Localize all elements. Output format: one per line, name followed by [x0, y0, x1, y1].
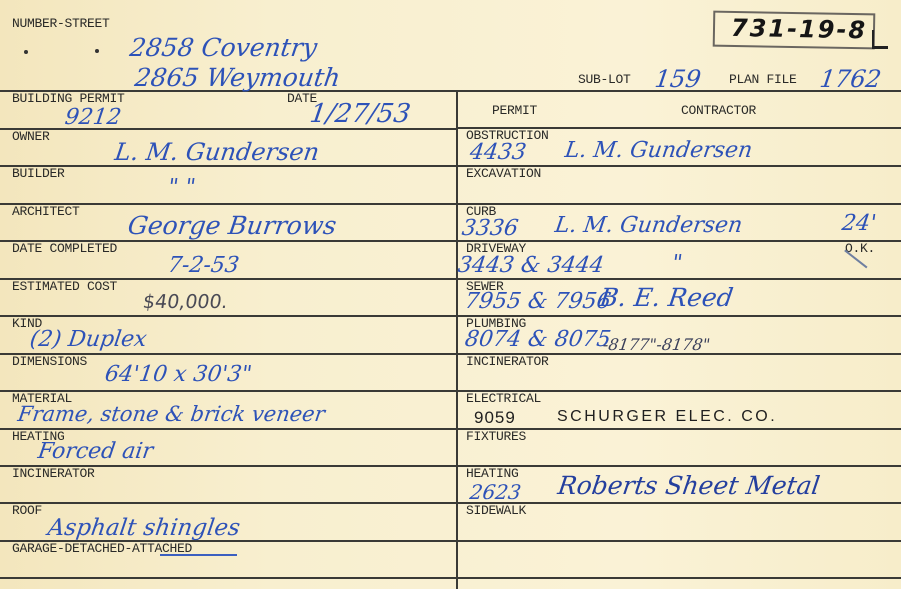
plan-file-value: 1762: [818, 67, 882, 91]
sub-lot-value: 159: [653, 67, 702, 91]
curb-permit: 3336: [460, 217, 519, 241]
roof-label: ROOF: [12, 504, 42, 518]
permit-card: NUMBER-STREET 2858 Coventry 2865 Weymout…: [0, 0, 901, 589]
file-number: 731-19-8: [731, 14, 868, 44]
kind-value: (2) Duplex: [28, 328, 148, 352]
sewer-permit: 7955 & 7956: [463, 290, 612, 314]
date-completed-value: 7-2-53: [166, 254, 240, 278]
rule-line: [0, 315, 901, 317]
punch-dot: [95, 49, 99, 53]
dimensions-label: DIMENSIONS: [12, 355, 87, 369]
material-value: Frame, stone & brick veneer: [16, 402, 326, 426]
right-heating-label: HEATING: [466, 467, 519, 481]
curb-contractor: L. M. Gundersen: [553, 214, 743, 238]
builder-value: " ": [166, 176, 197, 200]
fixtures-label: FIXTURES: [466, 430, 526, 444]
curb-note: 24': [840, 212, 877, 236]
estimated-cost-value: $40,000.: [141, 290, 229, 314]
owner-label: OWNER: [12, 130, 50, 144]
electrical-label: ELECTRICAL: [466, 392, 541, 406]
heating-value: Forced air: [36, 440, 154, 464]
date-completed-label: DATE COMPLETED: [12, 242, 117, 256]
electrical-contractor: SCHURGER ELEC. CO.: [557, 408, 777, 426]
roof-value: Asphalt shingles: [46, 516, 241, 540]
plan-file-label: PLAN FILE: [729, 73, 797, 87]
heating-permit: 2623: [468, 480, 522, 504]
owner-value: L. M. Gundersen: [113, 140, 321, 164]
rule-line: [0, 577, 901, 579]
sewer-contractor: B. E. Reed: [598, 286, 734, 310]
rule-line: [0, 353, 901, 355]
builder-label: BUILDER: [12, 167, 65, 181]
file-number-box: 731-19-8: [713, 11, 876, 50]
sidewalk-label: SIDEWALK: [466, 504, 526, 518]
obstruction-contractor: L. M. Gundersen: [563, 139, 753, 163]
contractor-column-label: CONTRACTOR: [681, 104, 756, 118]
estimated-cost-label: ESTIMATED COST: [12, 280, 117, 294]
plumbing-permit: 8074 & 8075: [463, 328, 612, 352]
heating-contractor: Roberts Sheet Metal: [556, 474, 821, 498]
file-number-mark: [872, 30, 888, 49]
driveway-permit: 3443 & 3444: [456, 254, 605, 278]
rule-line: [0, 278, 901, 280]
excavation-label: EXCAVATION: [466, 167, 541, 181]
column-divider: [456, 90, 458, 589]
rule-line: [0, 390, 901, 392]
plumbing-extra: -8177"-8178": [602, 336, 711, 354]
building-permit-label: BUILDING PERMIT: [12, 92, 125, 106]
address-line-2: 2865 Weymouth: [133, 66, 342, 90]
rule-line: [0, 203, 901, 205]
number-street-label: NUMBER-STREET: [12, 17, 110, 31]
rule-line: [0, 502, 901, 504]
sub-lot-label: SUB-LOT: [578, 73, 631, 87]
obstruction-permit: 4433: [468, 141, 527, 165]
right-incinerator-label: INCINERATOR: [466, 355, 549, 369]
architect-value: George Burrows: [126, 214, 338, 238]
rule-line: [0, 465, 901, 467]
date-value: 1/27/53: [308, 102, 412, 126]
incinerator-label: INCINERATOR: [12, 467, 95, 481]
rule-line: [0, 240, 901, 242]
address-line-1: 2858 Coventry: [128, 36, 318, 60]
electrical-permit: 9059: [474, 408, 516, 428]
dimensions-value: 64'10 x 30'3": [103, 363, 253, 387]
permit-column-label: PERMIT: [492, 104, 537, 118]
building-permit-value: 9212: [63, 106, 122, 130]
punch-dot: [24, 50, 28, 54]
architect-label: ARCHITECT: [12, 205, 80, 219]
attached-underline: [160, 554, 237, 556]
rule-line: [0, 428, 901, 430]
driveway-contractor: ": [670, 252, 683, 276]
